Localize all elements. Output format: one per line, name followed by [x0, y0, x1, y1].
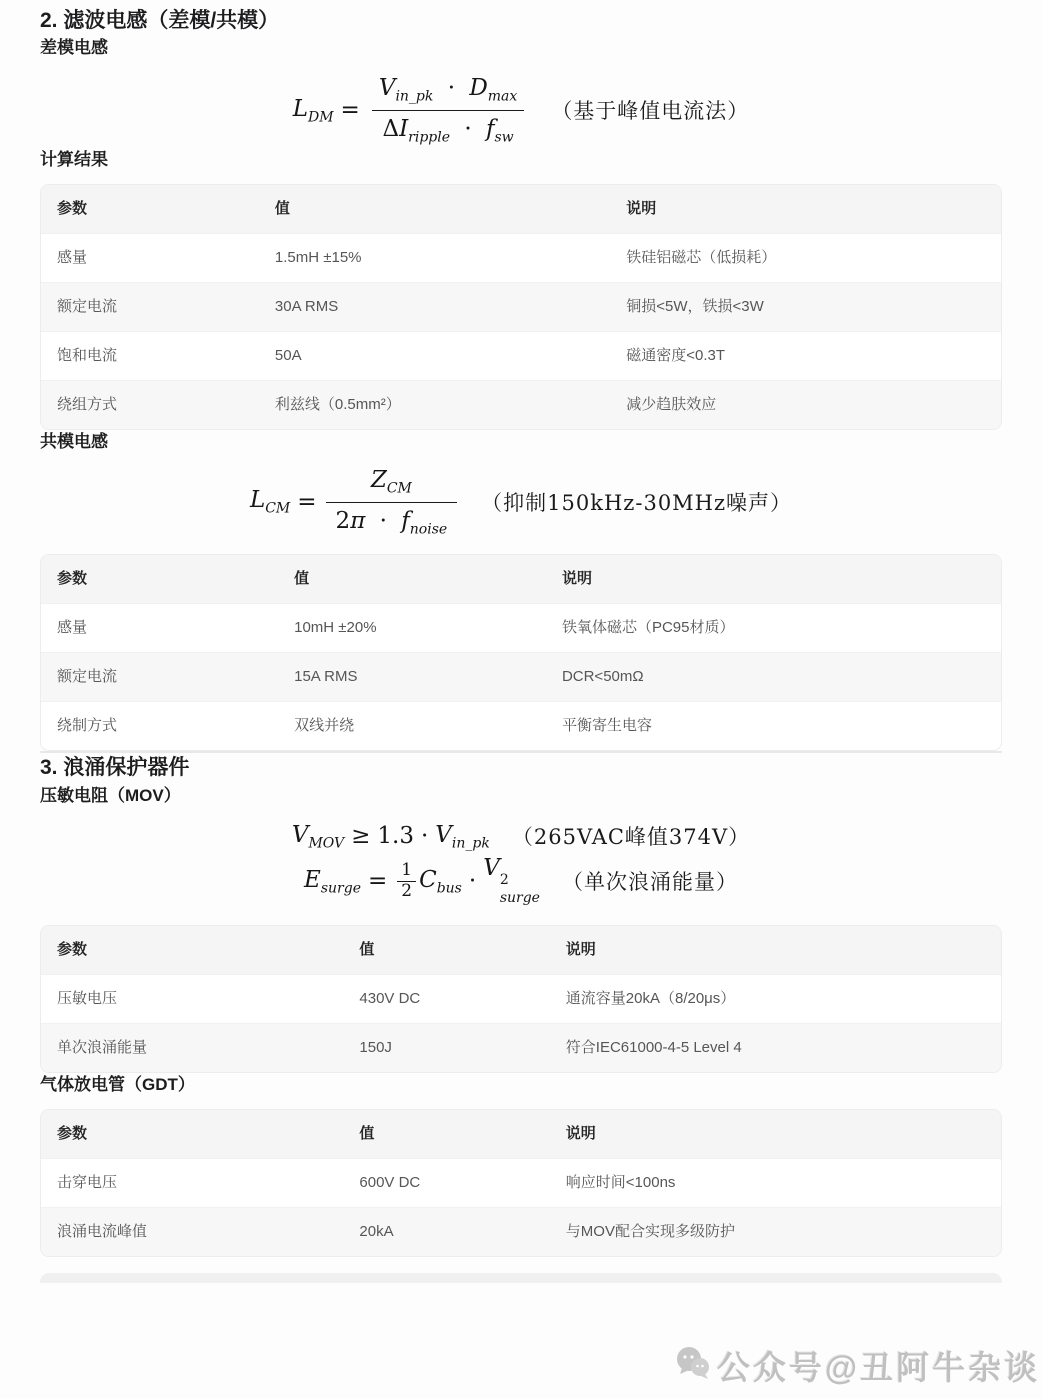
param-cell: 浪涌电流峰值 [41, 1208, 343, 1257]
desc-cell: 铜损<5W，铁损<3W [610, 283, 1001, 332]
desc-cell: 铁硅铝磁芯（低损耗） [610, 234, 1001, 283]
table-header-row: 参数 值 说明 [41, 926, 1001, 975]
one-half-fraction: 1 2 [397, 861, 416, 901]
desc-cell: 磁通密度<0.3T [610, 332, 1001, 381]
formula-lcm: LCM = ZCM 2π · fnoise （抑制150kHz-30MHz噪声） [40, 464, 1002, 540]
column-header-param: 参数 [41, 555, 278, 604]
wechat-bubbles-icon [674, 1344, 712, 1387]
param-cell: 压敏电压 [41, 975, 343, 1024]
value-cell: 430V DC [343, 975, 549, 1024]
value-cell: 1.5mH ±15% [259, 234, 610, 283]
table-row: 绕组方式 利兹线（0.5mm²） 减少趋肤效应 [41, 381, 1001, 430]
heading-gdt: 气体放电管（GDT） [40, 1073, 1002, 1097]
table-header-row: 参数 值 说明 [41, 555, 1001, 604]
column-header-desc: 说明 [546, 555, 1001, 604]
gdt-table: 参数 值 说明 击穿电压 600V DC 响应时间<100ns 浪涌电流峰值 2… [40, 1109, 1002, 1257]
param-cell: 感量 [41, 604, 278, 653]
equals-sign: = [368, 868, 387, 894]
desc-cell: 通流容量20kA（8/20μs） [550, 975, 1001, 1024]
fraction-denominator: ΔIripple · fsw [372, 110, 523, 149]
param-cell: 额定电流 [41, 283, 259, 332]
column-header-value: 值 [278, 555, 546, 604]
column-header-desc: 说明 [610, 185, 1001, 234]
mov-table: 参数 值 说明 压敏电压 430V DC 通流容量20kA（8/20μs） 单次… [40, 925, 1002, 1073]
formula-vmov: VMOV ≥ 1.3 · Vin_pk （265VAC峰值374V） [40, 821, 1002, 851]
formula-ldm: LDM = Vin_pk · Dmax ΔIripple · fsw （基于峰值… [40, 72, 1002, 148]
fraction-numerator: Vin_pk · Dmax [369, 72, 528, 110]
heading-common-mode-inductor: 共模电感 [40, 430, 1002, 454]
value-cell: 15A RMS [278, 653, 546, 702]
heading-differential-mode-inductor: 差模电感 [40, 36, 1002, 60]
table-row: 单次浪涌能量 150J 符合IEC61000-4-5 Level 4 [41, 1024, 1001, 1073]
fraction-denominator: 2π · fnoise [326, 502, 458, 541]
value-cell: 30A RMS [259, 283, 610, 332]
formula-vmov-lhs: VMOV [292, 822, 344, 852]
equals-sign: = [341, 97, 360, 123]
formula-lcm-fraction: ZCM 2π · fnoise [326, 464, 458, 540]
param-cell: 绕制方式 [41, 702, 278, 751]
formula-esurge: Esurge = 1 2 Cbus · V2surge （单次浪涌能量） [40, 855, 1002, 907]
desc-cell: 减少趋肤效应 [610, 381, 1001, 430]
table-row: 压敏电压 430V DC 通流容量20kA（8/20μs） [41, 975, 1001, 1024]
table-row: 感量 10mH ±20% 铁氧体磁芯（PC95材质） [41, 604, 1001, 653]
value-cell: 600V DC [343, 1159, 549, 1208]
value-cell: 10mH ±20% [278, 604, 546, 653]
formula-ldm-lhs: LDM [293, 96, 334, 126]
column-header-param: 参数 [41, 926, 343, 975]
desc-cell: 符合IEC61000-4-5 Level 4 [550, 1024, 1001, 1073]
watermark: 公众号@丑阿牛杂谈 [674, 1342, 1040, 1389]
equals-sign: = [297, 489, 316, 515]
fraction-numerator: ZCM [361, 464, 422, 502]
formula-esurge-vsurge: V2surge [483, 855, 540, 907]
desc-cell: DCR<50mΩ [546, 653, 1001, 702]
dot-operator: · [421, 823, 428, 849]
formula-vmov-rhs: Vin_pk [435, 822, 490, 852]
bottom-divider [40, 1273, 1002, 1283]
table-row: 感量 1.5mH ±15% 铁硅铝磁芯（低损耗） [41, 234, 1001, 283]
value-cell: 利兹线（0.5mm²） [259, 381, 610, 430]
param-cell: 击穿电压 [41, 1159, 343, 1208]
table-row: 浪涌电流峰值 20kA 与MOV配合实现多级防护 [41, 1208, 1001, 1257]
desc-cell: 响应时间<100ns [550, 1159, 1001, 1208]
dot-operator: · [469, 868, 476, 894]
column-header-desc: 说明 [550, 926, 1001, 975]
geq-sign: ≥ [351, 823, 370, 849]
param-cell: 单次浪涌能量 [41, 1024, 343, 1073]
formula-lcm-lhs: LCM [250, 487, 290, 517]
param-cell: 绕组方式 [41, 381, 259, 430]
column-header-value: 值 [259, 185, 610, 234]
param-cell: 饱和电流 [41, 332, 259, 381]
heading-calculation-results: 计算结果 [40, 148, 1002, 172]
formula-ldm-note: （基于峰值电流法） [551, 95, 749, 125]
dm-inductor-table: 参数 值 说明 感量 1.5mH ±15% 铁硅铝磁芯（低损耗） 额定电流 30… [40, 184, 1002, 430]
column-header-param: 参数 [41, 1110, 343, 1159]
table-row: 绕制方式 双线并绕 平衡寄生电容 [41, 702, 1001, 751]
table-row: 饱和电流 50A 磁通密度<0.3T [41, 332, 1001, 381]
formula-esurge-note: （单次浪涌能量） [562, 866, 738, 896]
coefficient: 1.3 [377, 823, 414, 849]
formula-ldm-fraction: Vin_pk · Dmax ΔIripple · fsw [369, 72, 528, 148]
watermark-text: 公众号@丑阿牛杂谈 [717, 1342, 1040, 1389]
section-title-surge-protection: 3. 浪涌保护器件 [40, 753, 1002, 783]
param-cell: 感量 [41, 234, 259, 283]
column-header-param: 参数 [41, 185, 259, 234]
column-header-value: 值 [343, 1110, 549, 1159]
value-cell: 50A [259, 332, 610, 381]
value-cell: 双线并绕 [278, 702, 546, 751]
value-cell: 150J [343, 1024, 549, 1073]
desc-cell: 与MOV配合实现多级防护 [550, 1208, 1001, 1257]
table-row: 额定电流 15A RMS DCR<50mΩ [41, 653, 1001, 702]
table-header-row: 参数 值 说明 [41, 185, 1001, 234]
table-row: 击穿电压 600V DC 响应时间<100ns [41, 1159, 1001, 1208]
table-header-row: 参数 值 说明 [41, 1110, 1001, 1159]
formula-lcm-note: （抑制150kHz-30MHz噪声） [481, 487, 792, 517]
formula-esurge-lhs: Esurge [304, 867, 361, 897]
column-header-desc: 说明 [550, 1110, 1001, 1159]
cm-inductor-table: 参数 值 说明 感量 10mH ±20% 铁氧体磁芯（PC95材质） 额定电流 … [40, 554, 1002, 751]
param-cell: 额定电流 [41, 653, 278, 702]
table-row: 额定电流 30A RMS 铜损<5W，铁损<3W [41, 283, 1001, 332]
heading-mov: 压敏电阻（MOV） [40, 784, 1002, 808]
desc-cell: 平衡寄生电容 [546, 702, 1001, 751]
formula-vmov-note: （265VAC峰值374V） [512, 821, 750, 851]
document-page: 2. 滤波电感（差模/共模） 差模电感 LDM = Vin_pk · Dmax … [0, 0, 1042, 1283]
desc-cell: 铁氧体磁芯（PC95材质） [546, 604, 1001, 653]
column-header-value: 值 [343, 926, 549, 975]
section-title-filter-inductor: 2. 滤波电感（差模/共模） [40, 6, 1002, 36]
formula-esurge-cbus: Cbus [419, 867, 462, 897]
value-cell: 20kA [343, 1208, 549, 1257]
